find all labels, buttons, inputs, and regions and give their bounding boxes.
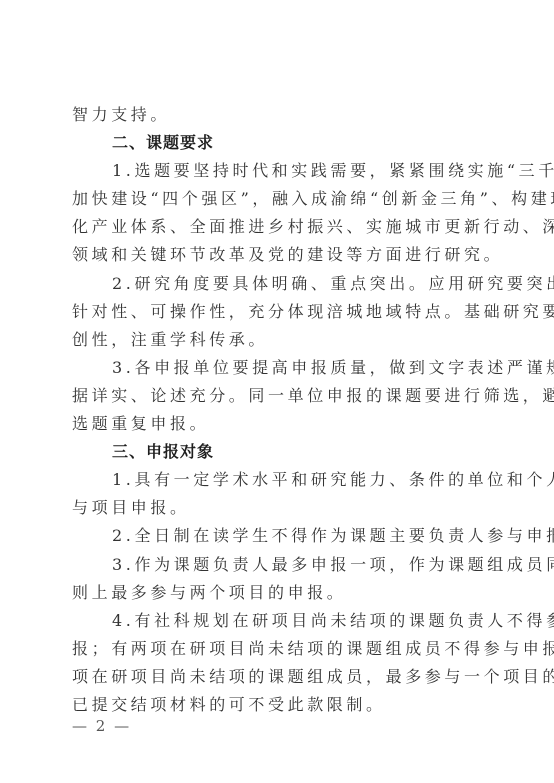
paragraph-line: 2.全日制在读学生不得作为课题主要负责人参与申报。 bbox=[72, 522, 484, 550]
paragraph-line: 针对性、可操作性，充分体现涪城地域特点。基础研究要突出原 bbox=[72, 298, 484, 326]
page-number: — 2 — bbox=[72, 717, 131, 735]
paragraph-line: 1.具有一定学术水平和研究能力、条件的单位和个人均可参 bbox=[72, 466, 484, 494]
paragraph-line: 领域和关键环节改革及党的建设等方面进行研究。 bbox=[72, 241, 484, 269]
paragraph-line: 则上最多参与两个项目的申报。 bbox=[72, 579, 484, 607]
paragraph-line: 据详实、论述充分。同一单位申报的课题要进行筛选，避免同类 bbox=[72, 382, 484, 410]
paragraph-line: 4.有社科规划在研项目尚未结项的课题负责人不得参与申 bbox=[72, 607, 484, 635]
paragraph-line: 化产业体系、全面推进乡村振兴、实施城市更新行动、深化重点 bbox=[72, 213, 484, 241]
document-body: 智力支持。 二、课题要求 1.选题要坚持时代和实践需要，紧紧围绕实施“三千工程”… bbox=[72, 101, 484, 719]
paragraph-line: 已提交结项材料的可不受此款限制。 bbox=[72, 691, 484, 719]
section-heading-applicants: 三、申报对象 bbox=[72, 438, 484, 466]
paragraph-line: 3.作为课题负责人最多申报一项，作为课题组成员同年度原 bbox=[72, 551, 484, 579]
paragraph-line: 选题重复申报。 bbox=[72, 410, 484, 438]
section-heading-requirements: 二、课题要求 bbox=[72, 129, 484, 157]
paragraph-line: 报；有两项在研项目尚未结项的课题组成员不得参与申报；有一 bbox=[72, 635, 484, 663]
paragraph-line: 创性，注重学科传承。 bbox=[72, 326, 484, 354]
paragraph-line: 2.研究角度要具体明确、重点突出。应用研究要突出实践性、 bbox=[72, 270, 484, 298]
paragraph-line: 1.选题要坚持时代和实践需要，紧紧围绕实施“三千工程”， bbox=[72, 157, 484, 185]
paragraph-line: 智力支持。 bbox=[72, 101, 484, 129]
paragraph-line: 与项目申报。 bbox=[72, 494, 484, 522]
paragraph-line: 3.各申报单位要提高申报质量，做到文字表述严谨规范，数 bbox=[72, 354, 484, 382]
paragraph-line: 项在研项目尚未结项的课题组成员，最多参与一个项目的申报。 bbox=[72, 663, 484, 691]
paragraph-line: 加快建设“四个强区”，融入成渝绵“创新金三角”、构建现代 bbox=[72, 185, 484, 213]
